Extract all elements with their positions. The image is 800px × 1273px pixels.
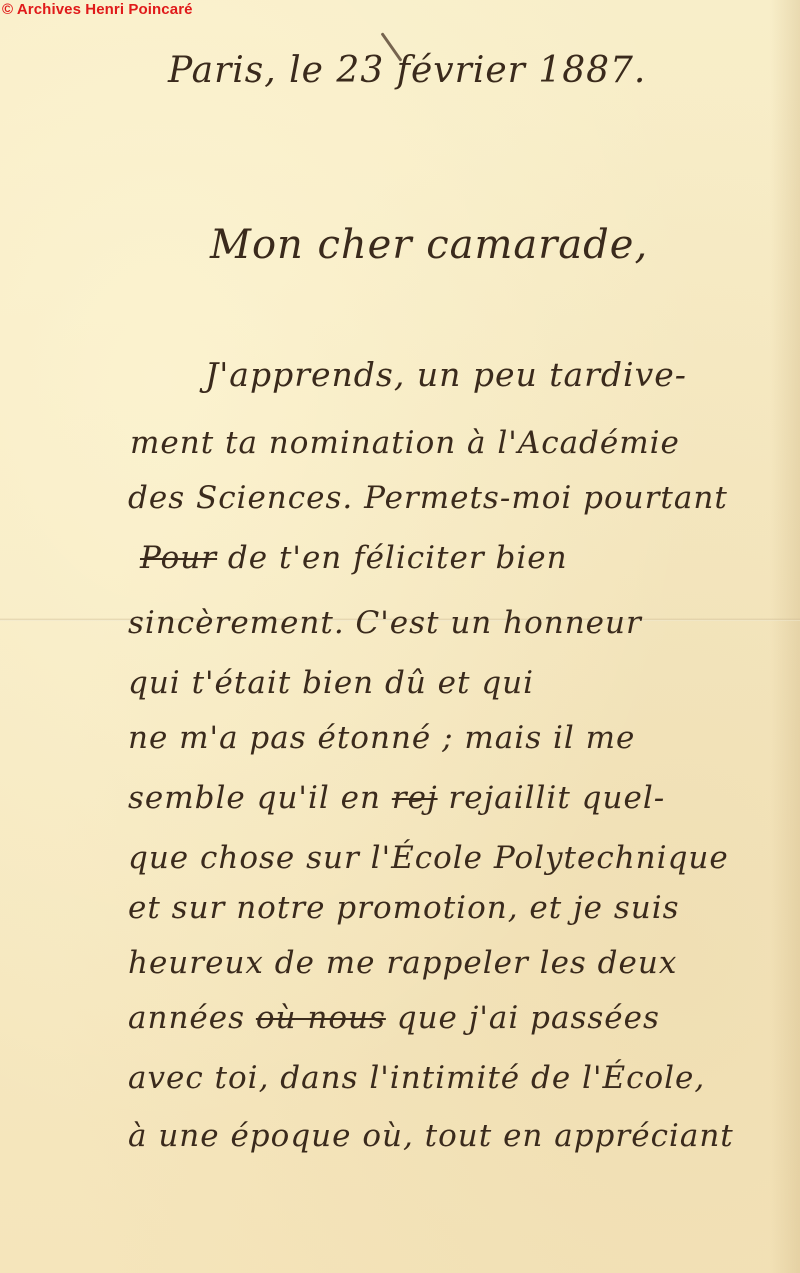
line-text: avec toi, dans l'intimité de l'École,	[128, 1060, 705, 1096]
letter-line: ne m'a pas étonné ; mais il me	[128, 720, 635, 756]
letter-line: années où nous que j'ai passées	[128, 1000, 660, 1036]
letter-line: J'apprends, un peu tardive-	[205, 355, 687, 394]
letter-line: des Sciences. Permets-moi pourtant	[128, 480, 728, 516]
line-text: qui t'était bien dû et qui	[128, 665, 534, 701]
line-text: des Sciences. Permets-moi pourtant	[128, 480, 728, 516]
letter-line: sincèrement. C'est un honneur	[128, 605, 642, 641]
line-text: à une époque où, tout en appréciant	[128, 1118, 734, 1154]
letter-line: Pour de t'en féliciter bien	[140, 540, 568, 576]
letter-line: qui t'était bien dû et qui	[128, 665, 534, 701]
letter-page: © Archives Henri Poincaré Paris, le 23 f…	[0, 0, 800, 1273]
line-text: et sur notre promotion, et je suis	[128, 890, 680, 926]
line-text: ment ta nomination à l'Académie	[130, 425, 680, 461]
letter-line: et sur notre promotion, et je suis	[128, 890, 680, 926]
copyright-label: © Archives Henri Poincaré	[2, 1, 193, 18]
letter-line: avec toi, dans l'intimité de l'École,	[128, 1060, 705, 1096]
letter-line: que chose sur l'École Polytechnique	[128, 840, 729, 876]
line-text: J'apprends, un peu tardive-	[205, 355, 687, 394]
letter-dateline: Paris, le 23 février 1887.	[168, 50, 646, 91]
line-text: de t'en féliciter bien	[217, 540, 568, 576]
struck-text: où nous	[256, 1000, 386, 1036]
line-text: que j'ai passées	[386, 1000, 660, 1036]
line-text: années	[128, 1000, 256, 1036]
letter-line: ment ta nomination à l'Académie	[130, 425, 680, 461]
struck-text: Pour	[140, 540, 217, 576]
letter-line: heureux de me rappeler les deux	[128, 945, 677, 981]
line-text: heureux de me rappeler les deux	[128, 945, 677, 981]
line-text: ne m'a pas étonné ; mais il me	[128, 720, 635, 756]
letter-line: semble qu'il en rej rejaillit quel-	[128, 780, 665, 816]
line-text: semble qu'il en	[128, 780, 392, 816]
letter-line: à une époque où, tout en appréciant	[128, 1118, 734, 1154]
letter-salutation: Mon cher camarade,	[210, 222, 648, 268]
line-text: rejaillit quel-	[438, 780, 666, 816]
line-text: sincèrement. C'est un honneur	[128, 605, 642, 641]
struck-text: rej	[392, 780, 438, 816]
line-text: que chose sur l'École Polytechnique	[128, 840, 729, 876]
